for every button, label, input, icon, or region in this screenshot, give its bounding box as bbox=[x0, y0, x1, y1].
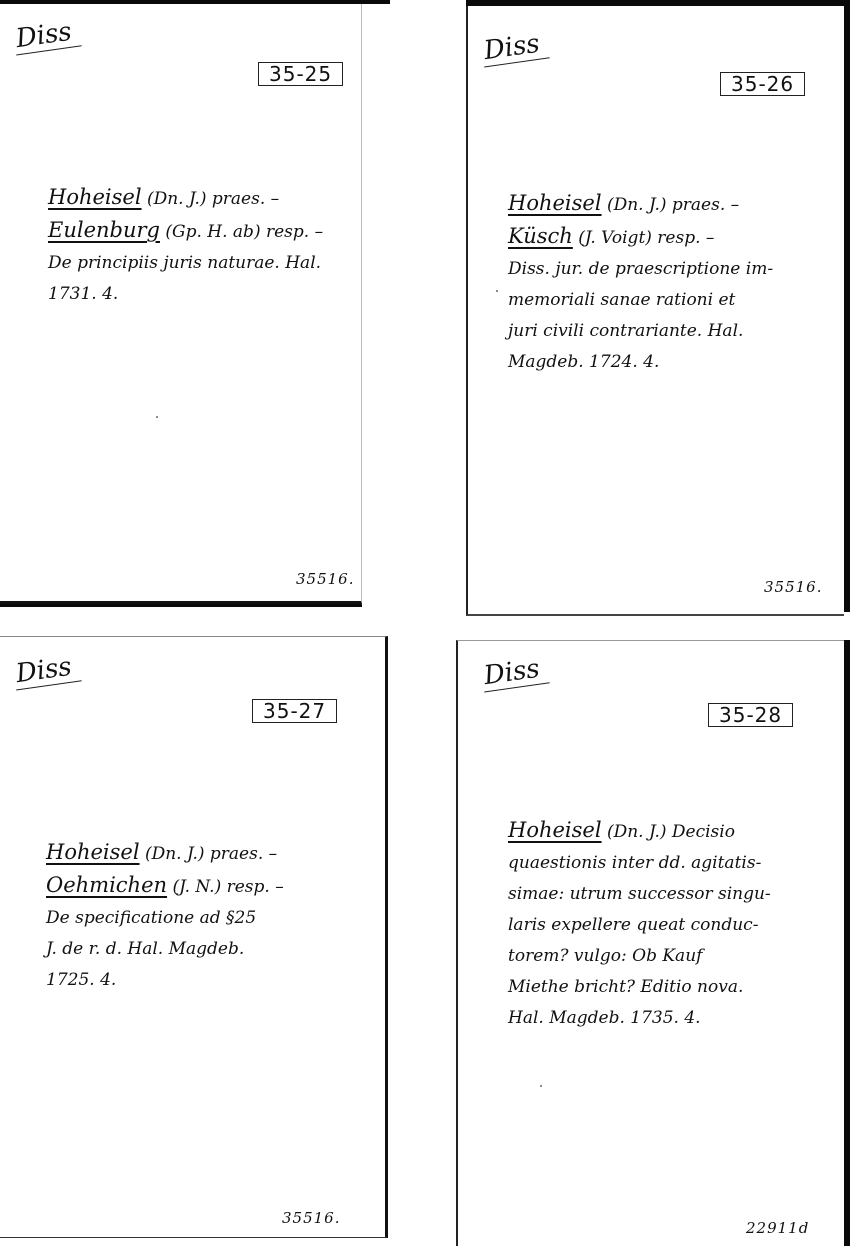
catalog-entry: Hoheisel (Dn. J.) Decisio quaestionis in… bbox=[508, 815, 771, 1034]
entry-line: Eulenburg (Gp. H. ab) resp. – bbox=[48, 215, 323, 248]
entry-text: (Dn. J.) praes. – bbox=[142, 189, 280, 209]
catalog-card-35-25: Diss 35-25 Hoheisel (Dn. J.) praes. – Eu… bbox=[0, 4, 362, 604]
call-number: 35-28 bbox=[708, 703, 793, 727]
category-mark: Diss bbox=[12, 18, 81, 56]
entry-line: Magdeb. 1724. 4. bbox=[508, 347, 773, 378]
author-name: Hoheisel bbox=[508, 818, 602, 842]
scan-border-right-top bbox=[844, 0, 850, 612]
entry-line: Hoheisel (Dn. J.) praes. – bbox=[508, 188, 773, 221]
entry-line: juri civili contrariante. Hal. bbox=[508, 316, 773, 347]
scan-border-middle bbox=[0, 604, 362, 607]
entry-line: quaestionis inter dd. agitatis‐ bbox=[508, 848, 771, 879]
entry-line: Hal. Magdeb. 1735. 4. bbox=[508, 1003, 771, 1034]
entry-text: (Gp. H. ab) resp. – bbox=[160, 222, 323, 242]
speck bbox=[540, 1085, 542, 1087]
accession-number: 35516. bbox=[764, 578, 823, 596]
speck bbox=[156, 416, 158, 418]
respondent-name: Oehmichen bbox=[46, 873, 167, 897]
entry-line: simae: utrum successor singu‐ bbox=[508, 879, 771, 910]
entry-line: laris expellere queat conduc‐ bbox=[508, 910, 771, 941]
scan-border-right-bottom bbox=[844, 640, 850, 1246]
category-mark: Diss bbox=[12, 653, 81, 691]
entry-line: De principiis juris naturae. Hal. bbox=[48, 248, 323, 279]
accession-number: 35516. bbox=[282, 1209, 341, 1227]
respondent-name: Küsch bbox=[508, 224, 573, 248]
catalog-entry: Hoheisel (Dn. J.) praes. – Oehmichen (J.… bbox=[46, 837, 284, 996]
catalog-card-35-26: Diss 35-26 Hoheisel (Dn. J.) praes. – Kü… bbox=[466, 6, 844, 616]
call-number: 35-25 bbox=[258, 62, 343, 86]
catalog-entry: Hoheisel (Dn. J.) praes. – Eulenburg (Gp… bbox=[48, 182, 323, 310]
entry-line: 1725. 4. bbox=[46, 965, 284, 996]
author-name: Hoheisel bbox=[508, 191, 602, 215]
entry-line: Hoheisel (Dn. J.) praes. – bbox=[48, 182, 323, 215]
author-name: Hoheisel bbox=[48, 185, 142, 209]
entry-line: Miethe bricht? Editio nova. bbox=[508, 972, 771, 1003]
entry-line: Diss. jur. de praescriptione im‐ bbox=[508, 254, 773, 285]
entry-line: memoriali sanae rationi et bbox=[508, 285, 773, 316]
accession-number: 35516. bbox=[296, 570, 355, 588]
call-number: 35-26 bbox=[720, 72, 805, 96]
entry-line: Hoheisel (Dn. J.) Decisio bbox=[508, 815, 771, 848]
accession-number: 22911d bbox=[746, 1219, 809, 1237]
catalog-card-35-28: Diss 35-28 Hoheisel (Dn. J.) Decisio qua… bbox=[456, 640, 844, 1246]
entry-text: (Dn. J.) praes. – bbox=[602, 195, 740, 215]
speck bbox=[496, 290, 498, 292]
entry-line: J. de r. d. Hal. Magdeb. bbox=[46, 934, 284, 965]
call-number: 35-27 bbox=[252, 699, 337, 723]
catalog-entry: Hoheisel (Dn. J.) praes. – Küsch (J. Voi… bbox=[508, 188, 773, 378]
entry-line: torem? vulgo: Ob Kauf bbox=[508, 941, 771, 972]
entry-line: Küsch (J. Voigt) resp. – bbox=[508, 221, 773, 254]
entry-line: 1731. 4. bbox=[48, 279, 323, 310]
entry-text: (Dn. J.) Decisio bbox=[602, 822, 735, 842]
category-mark: Diss bbox=[480, 655, 549, 693]
entry-text: (J. Voigt) resp. – bbox=[573, 228, 715, 248]
category-mark: Diss bbox=[480, 30, 549, 68]
entry-line: Hoheisel (Dn. J.) praes. – bbox=[46, 837, 284, 870]
entry-line: De specificatione ad §25 bbox=[46, 903, 284, 934]
author-name: Hoheisel bbox=[46, 840, 140, 864]
respondent-name: Eulenburg bbox=[48, 218, 160, 242]
entry-text: (Dn. J.) praes. – bbox=[140, 844, 278, 864]
entry-text: (J. N.) resp. – bbox=[167, 877, 284, 897]
catalog-card-35-27: Diss 35-27 Hoheisel (Dn. J.) praes. – Oe… bbox=[0, 636, 388, 1238]
entry-line: Oehmichen (J. N.) resp. – bbox=[46, 870, 284, 903]
